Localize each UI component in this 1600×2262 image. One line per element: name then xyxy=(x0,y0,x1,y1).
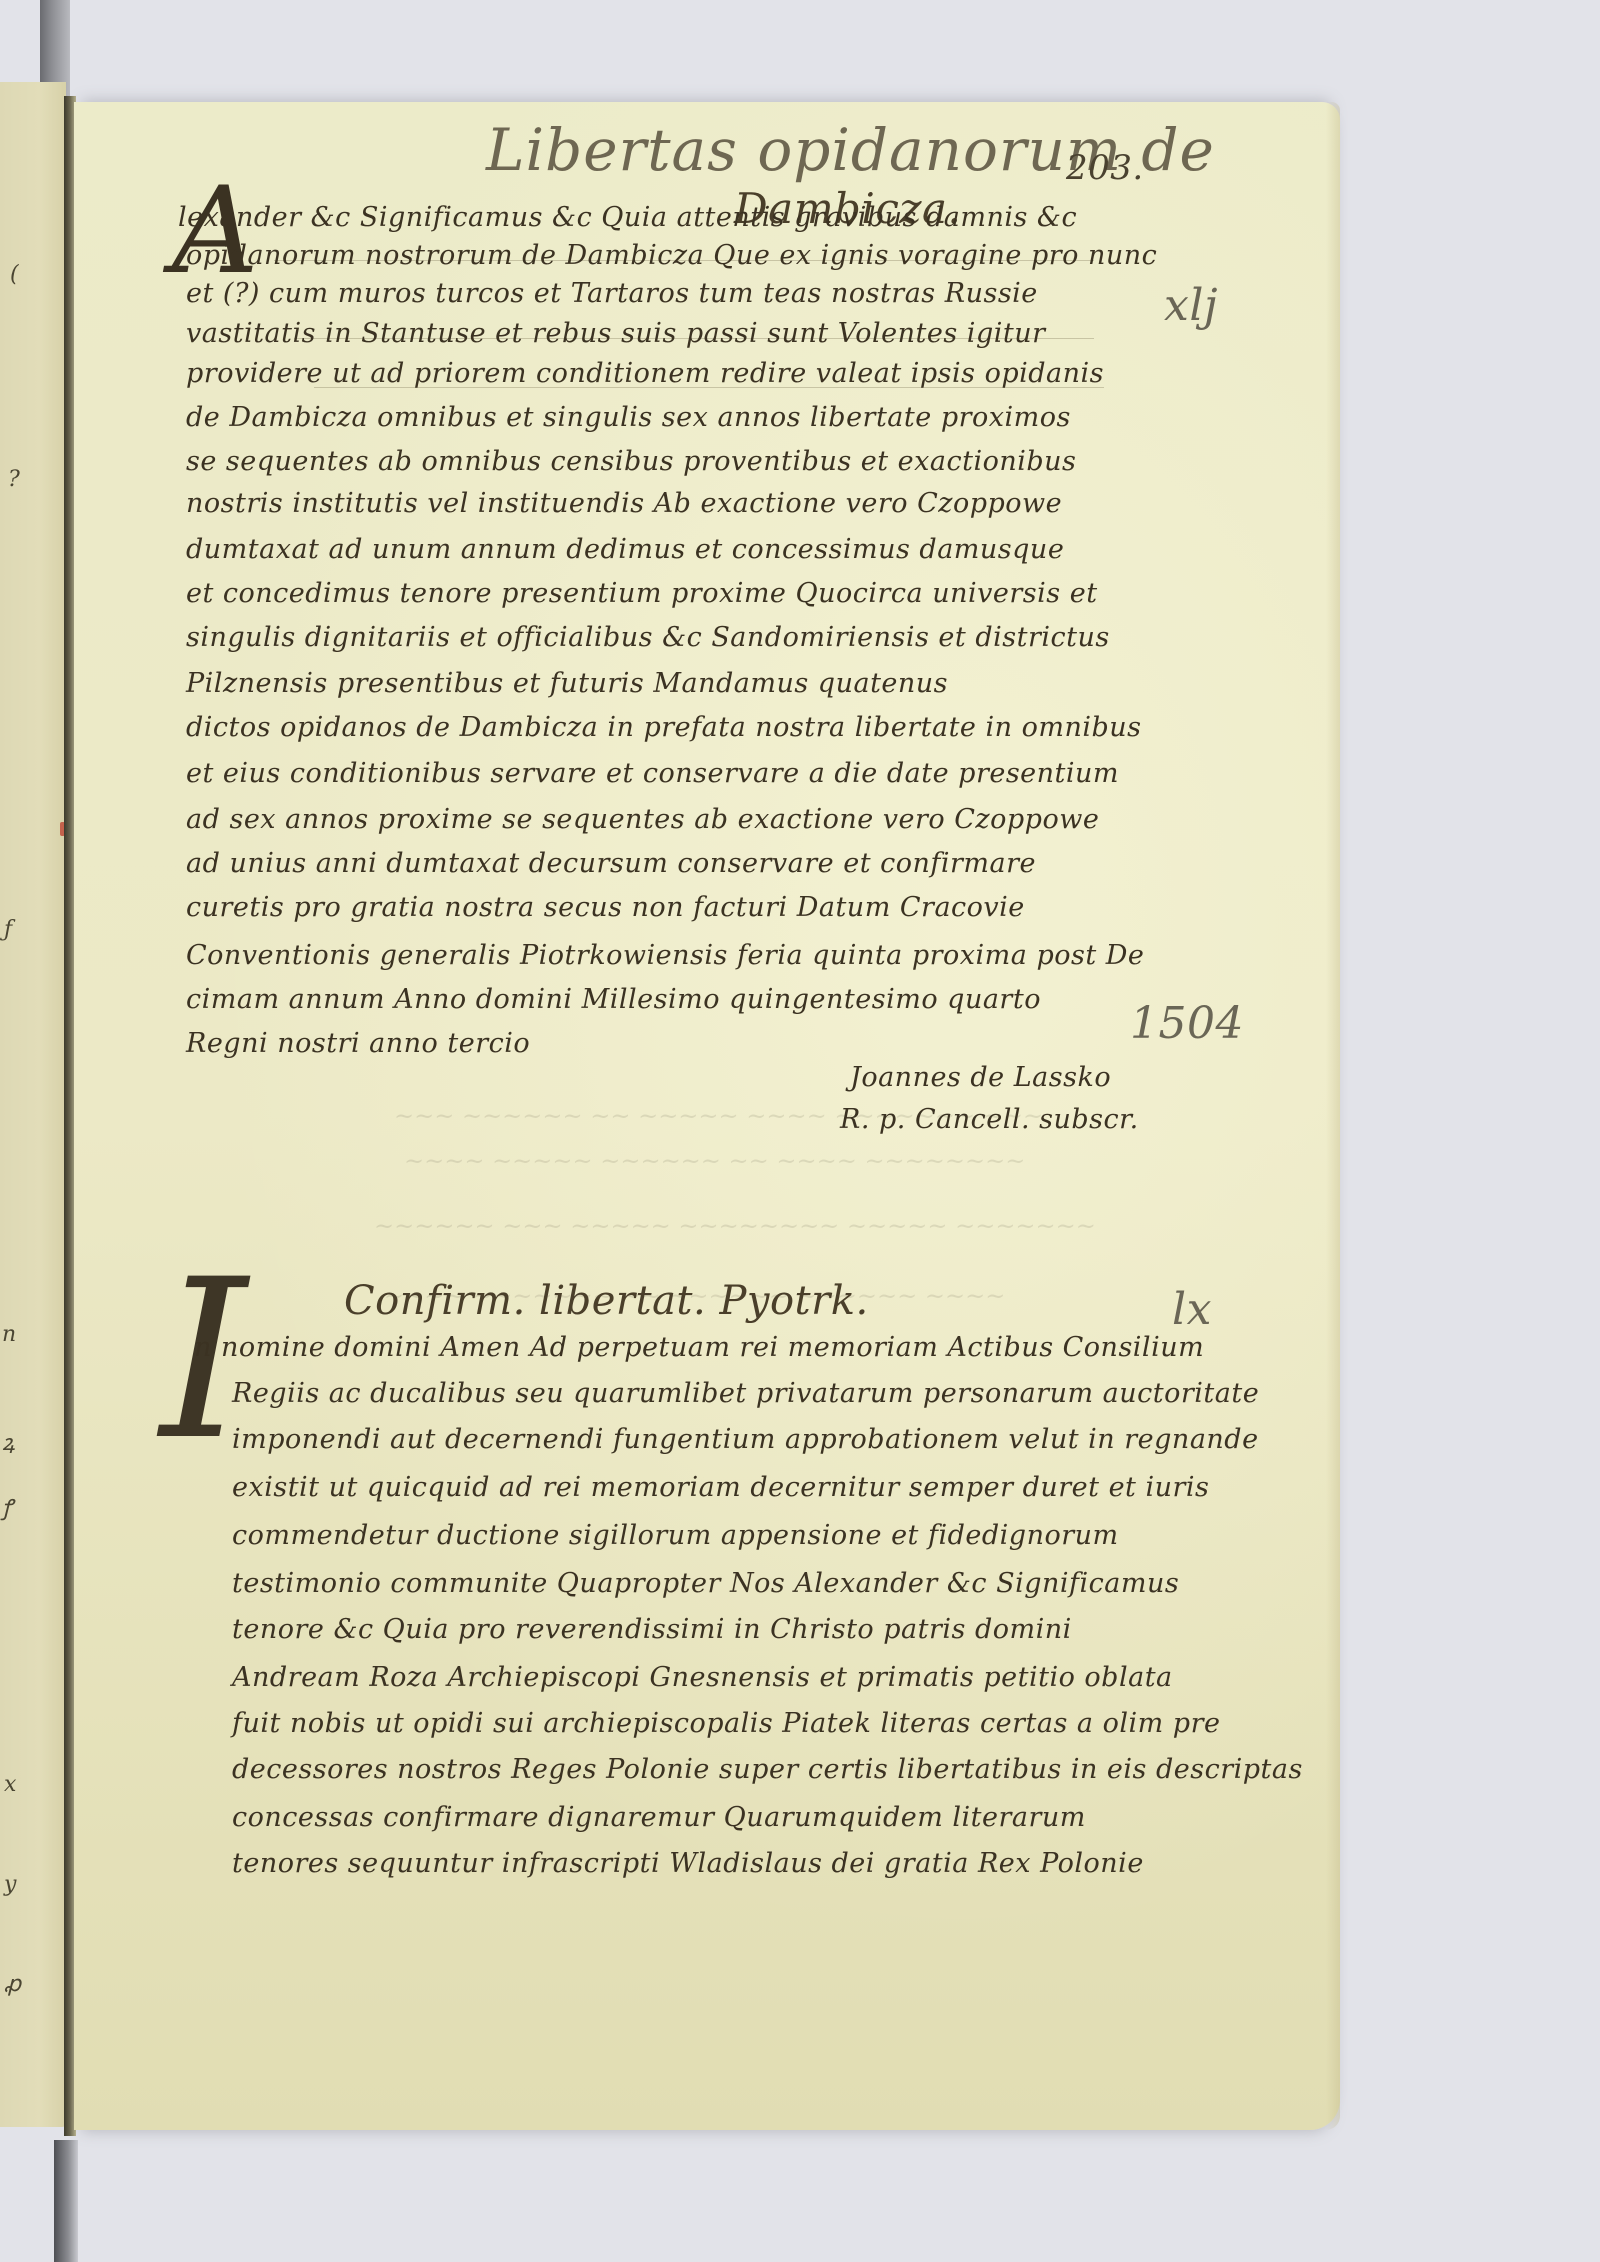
text-line: et (?) cum muros turcos et Tartaros tum … xyxy=(186,278,1038,309)
margin-note-xlj: xlj xyxy=(1164,280,1218,331)
manuscript-scan: ( ? ƒ n ꝝ ꝭ x y ꝓ ~~~ ~~~~~~ ~~ ~~~~~ ~~… xyxy=(0,0,1600,2262)
folio-page: ~~~ ~~~~~~ ~~ ~~~~~ ~~~~ ~~~~~~~ ~~~ ~~~… xyxy=(74,102,1340,2130)
text-line: Regni nostri anno tercio xyxy=(186,1028,530,1059)
left-margin-mark: ꝓ xyxy=(4,1972,21,1997)
text-line: ad sex annos proxime se sequentes ab exa… xyxy=(186,804,1099,835)
text-line: decessores nostros Reges Polonie super c… xyxy=(232,1754,1303,1785)
text-line: tenores sequuntur infrascripti Wladislau… xyxy=(232,1848,1144,1879)
text-line: existit ut quicquid ad rei memoriam dece… xyxy=(232,1472,1209,1503)
text-line: tenore &c Quia pro reverendissimi in Chr… xyxy=(232,1614,1072,1645)
text-line: opidanorum nostrorum de Dambicza Que ex … xyxy=(186,240,1157,271)
text-line: lexander &c Significamus &c Quia attenti… xyxy=(178,202,1077,233)
signature-line-1: Joannes de Lassko xyxy=(850,1062,1111,1093)
text-line: se sequentes ab omnibus censibus provent… xyxy=(186,446,1076,477)
left-page-edge: ( ? ƒ n ꝝ ꝭ x y ꝓ xyxy=(0,82,66,2127)
text-line: ad unius anni dumtaxat decursum conserva… xyxy=(186,848,1036,879)
left-margin-mark: ƒ xyxy=(4,917,12,942)
left-margin-mark: ( xyxy=(10,262,19,287)
binding-bottom xyxy=(54,2140,78,2262)
left-margin-mark: ꝝ xyxy=(2,1427,15,1457)
left-margin-mark: ꝭ xyxy=(2,1492,12,1522)
text-line: curetis pro gratia nostra secus non fact… xyxy=(186,892,1025,923)
text-line: Regiis ac ducalibus seu quarumlibet priv… xyxy=(232,1378,1259,1409)
left-margin-mark: x xyxy=(4,1772,16,1797)
margin-note-lx: lx xyxy=(1172,1284,1212,1335)
text-line: dumtaxat ad unum annum dedimus et conces… xyxy=(186,534,1064,565)
text-line: cimam annum Anno domini Millesimo quinge… xyxy=(186,984,1041,1015)
text-line: providere ut ad priorem conditionem redi… xyxy=(186,358,1104,389)
signature-line-2: R. p. Cancell. subscr. xyxy=(840,1104,1139,1135)
text-line: et eius conditionibus servare et conserv… xyxy=(186,758,1119,789)
text-line: Andream Roza Archiepiscopi Gnesnensis et… xyxy=(232,1662,1173,1693)
show-through-text: ~~~~ ~~~~~ ~~~~~~ ~~ ~~~~ ~~~~~~~~ xyxy=(404,1147,1025,1175)
text-line: concessas confirmare dignaremur Quarumqu… xyxy=(232,1802,1086,1833)
left-margin-mark: ? xyxy=(8,467,20,492)
text-line: commendetur ductione sigillorum appensio… xyxy=(232,1520,1119,1551)
text-line: testimonio communite Quapropter Nos Alex… xyxy=(232,1568,1179,1599)
text-line: Conventionis generalis Piotrkowiensis fe… xyxy=(186,940,1144,971)
text-line: n nomine domini Amen Ad perpetuam rei me… xyxy=(194,1332,1204,1363)
text-line: nostris institutis vel instituendis Ab e… xyxy=(186,488,1062,519)
left-margin-mark: n xyxy=(2,1322,16,1347)
text-line: vastitatis in Stantuse et rebus suis pas… xyxy=(186,318,1046,349)
left-margin-mark: y xyxy=(4,1872,16,1897)
section-2-title: Confirm. libertat. Pyotrk. xyxy=(344,1278,869,1324)
text-line: fuit nobis ut opidi sui archiepiscopalis… xyxy=(232,1708,1220,1739)
folio-number: 203. xyxy=(1066,148,1144,188)
text-line: et concedimus tenore presentium proxime … xyxy=(186,578,1098,609)
text-line: Pilznensis presentibus et futuris Mandam… xyxy=(186,668,948,699)
text-line: imponendi aut decernendi fungentium appr… xyxy=(232,1424,1259,1455)
text-line: singulis dignitariis et officialibus &c … xyxy=(186,622,1110,653)
margin-note-year: 1504 xyxy=(1130,998,1244,1049)
text-line: dictos opidanos de Dambicza in prefata n… xyxy=(186,712,1142,743)
show-through-text: ~~~~~~ ~~~ ~~~~~ ~~~~~~~~ ~~~~~ ~~~~~~~ xyxy=(374,1212,1096,1240)
text-line: de Dambicza omnibus et singulis sex anno… xyxy=(186,402,1071,433)
